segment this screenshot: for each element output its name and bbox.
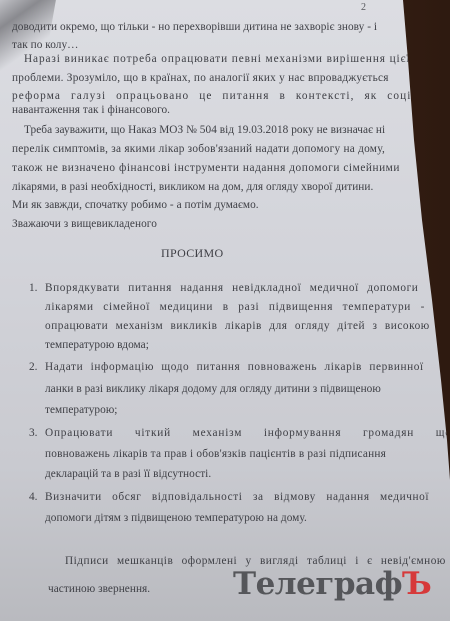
- paragraph-line: лікарями, в разі необхідності, викликом …: [12, 181, 373, 193]
- paragraph-line: доводити окремо, що тільки - но перехвор…: [12, 21, 364, 33]
- list-item-line: температурою вдома;: [45, 339, 149, 351]
- paragraph-line: реформа галузі опрацьовано це питання в …: [12, 90, 450, 102]
- list-number: 4.: [29, 491, 37, 503]
- list-item-line: декларацій та в разі її відсутності.: [45, 468, 211, 480]
- paragraph-line: також не визначено фінансові інструменти…: [12, 162, 400, 174]
- telegraf-watermark-logo: ТелеграфЪ: [233, 569, 431, 600]
- paragraph-line: проблеми. Зрозуміло, що в країнах, по ан…: [12, 72, 389, 84]
- paragraph-line: перелік симптомів, за якими лікар зобов'…: [12, 143, 385, 155]
- list-item-line: допомоги дітям з підвищеною температурою…: [45, 512, 307, 524]
- paragraph-line: Наразі виникає потреба опрацювати певні …: [24, 53, 410, 65]
- list-item-line: Визначити обсяг відповідальності за відм…: [45, 491, 429, 503]
- section-heading: ПРОСИМО: [161, 246, 223, 261]
- paragraph-line: Ми як завжди, спочатку робимо - а потім …: [12, 199, 259, 211]
- paragraph-line: навантаження так і фінансового.: [12, 104, 170, 116]
- list-item-line: повноважень лікарів та прав і обов'язків…: [45, 448, 386, 460]
- list-item-line: ланки в разі виклику лікаря додому для о…: [45, 383, 381, 395]
- paragraph-line: Зважаючи з вищевикладеного: [12, 218, 157, 230]
- paragraph-line: так по колу…: [12, 39, 79, 51]
- paragraph-line: Треба зауважити, що Наказ МОЗ № 504 від …: [24, 124, 385, 136]
- list-number: 3.: [29, 427, 37, 439]
- list-item-line: температурою;: [45, 404, 118, 416]
- list-item-line: Надати інформацію щодо питання повноваже…: [45, 361, 424, 373]
- list-number: 1.: [29, 282, 37, 294]
- watermark-text: Телеграф: [233, 566, 402, 602]
- document-page: 2 доводити окремо, що тільки - но перехв…: [0, 0, 450, 621]
- closing-line: частиною звернення.: [48, 583, 150, 595]
- list-item-line: Опрацювати чіткий механізм інформування …: [45, 427, 450, 439]
- list-item-line: опрацювати механізм викликів лікарів для…: [45, 320, 430, 332]
- list-number: 2.: [29, 361, 37, 373]
- page-number: 2: [361, 2, 366, 13]
- list-item-line: Впорядкувати питання надання невідкладно…: [45, 282, 418, 294]
- watermark-accent-letter: Ъ: [402, 566, 431, 602]
- list-item-line: лікарями сімейної медицини в разі підвищ…: [45, 301, 425, 313]
